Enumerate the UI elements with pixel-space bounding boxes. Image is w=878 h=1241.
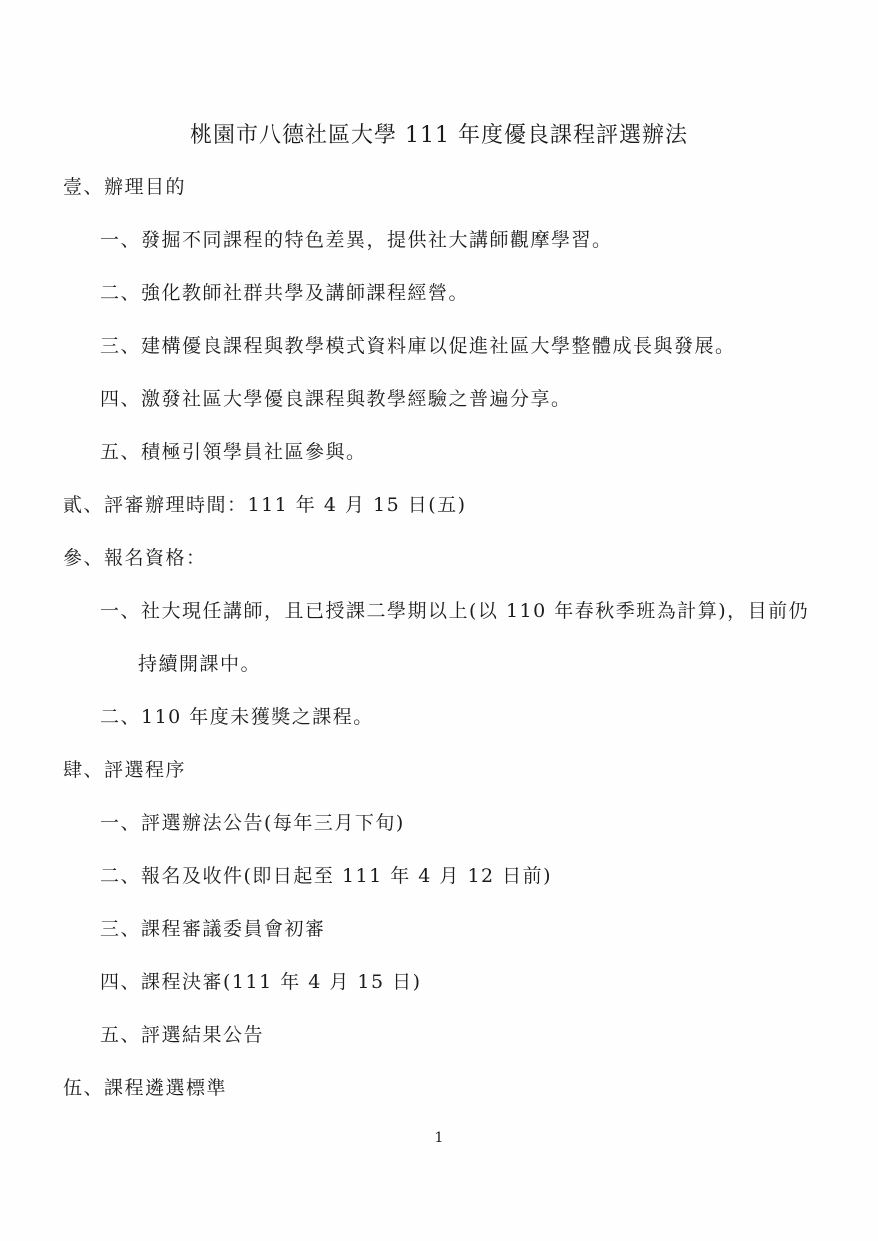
- section-3-heading: 參、報名資格：: [63, 547, 848, 600]
- section-3-item-1-cont: 持續開課中。: [63, 653, 848, 706]
- section-1-item-3: 三、建構優良課程與教學模式資料庫以促進社區大學整體成長與發展。: [63, 335, 848, 388]
- document-page: 桃園市八德社區大學 111 年度優良課程評選辦法 壹、辦理目的 一、發掘不同課程…: [0, 0, 878, 1241]
- section-3-item-1: 一、社大現任講師，且已授課二學期以上(以 110 年春秋季班為計算)，目前仍: [63, 600, 848, 653]
- document-body: 壹、辦理目的 一、發掘不同課程的特色差異，提供社大講師觀摩學習。 二、強化教師社…: [63, 176, 848, 1130]
- section-4-item-5: 五、評選結果公告: [63, 1024, 848, 1077]
- section-4-item-3: 三、課程審議委員會初審: [63, 918, 848, 971]
- section-4-heading: 肆、評選程序: [63, 759, 848, 812]
- section-4-item-1: 一、評選辦法公告(每年三月下旬): [63, 812, 848, 865]
- section-1-item-1: 一、發掘不同課程的特色差異，提供社大講師觀摩學習。: [63, 229, 848, 282]
- section-2-heading: 貳、評審辦理時間：111 年 4 月 15 日(五): [63, 494, 848, 547]
- section-5-heading: 伍、課程遴選標準: [63, 1077, 848, 1130]
- section-1-item-5: 五、積極引領學員社區參與。: [63, 441, 848, 494]
- section-1-item-2: 二、強化教師社群共學及講師課程經營。: [63, 282, 848, 335]
- section-1-heading: 壹、辦理目的: [63, 176, 848, 229]
- page-number: 1: [0, 1130, 878, 1146]
- section-4-item-4: 四、課程決審(111 年 4 月 15 日): [63, 971, 848, 1024]
- document-title: 桃園市八德社區大學 111 年度優良課程評選辦法: [0, 118, 878, 149]
- section-4-item-2: 二、報名及收件(即日起至 111 年 4 月 12 日前): [63, 865, 848, 918]
- section-1-item-4: 四、激發社區大學優良課程與教學經驗之普遍分享。: [63, 388, 848, 441]
- section-3-item-2: 二、110 年度未獲獎之課程。: [63, 706, 848, 759]
